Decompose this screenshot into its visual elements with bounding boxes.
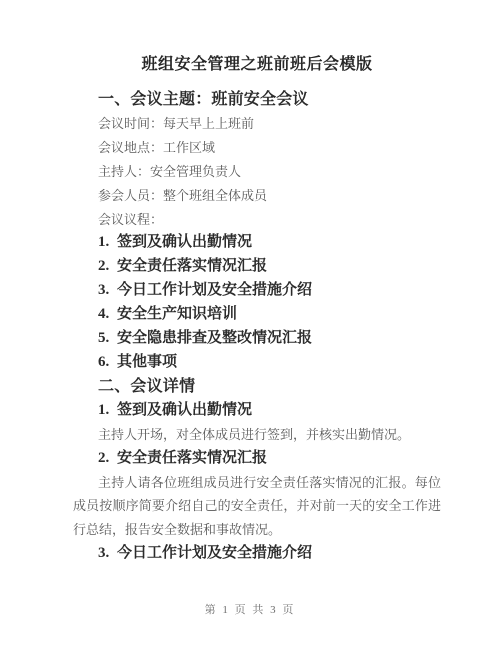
meta-line-host: 主持人：安全管理负责人 xyxy=(73,160,441,184)
meta-line-time: 会议时间：每天早上上班前 xyxy=(73,112,441,136)
agenda-item-label: 今日工作计划及安全措施介绍 xyxy=(117,282,312,298)
detail-item-label: 安全责任落实情况汇报 xyxy=(117,450,267,466)
agenda-item: 3.今日工作计划及安全措施介绍 xyxy=(73,279,441,303)
detail-item-label: 签到及确认出勤情况 xyxy=(117,402,252,418)
section-2-heading: 二、会议详情 xyxy=(73,375,441,399)
agenda-item-label: 安全责任落实情况汇报 xyxy=(117,258,267,274)
agenda-item-label: 其他事项 xyxy=(117,354,177,370)
agenda-item-label: 安全隐患排查及整改情况汇报 xyxy=(117,330,312,346)
detail-item-number: 3. xyxy=(98,542,117,566)
detail-item-label: 今日工作计划及安全措施介绍 xyxy=(117,545,312,561)
detail-paragraph: 主持人开场，对全体成员进行签到，并核实出勤情况。 xyxy=(73,423,441,447)
document-content: 班组安全管理之班前班后会模版 一、会议主题：班前安全会议 会议时间：每天早上上班… xyxy=(73,52,441,566)
agenda-item: 1.签到及确认出勤情况 xyxy=(73,231,441,255)
agenda-item-label: 签到及确认出勤情况 xyxy=(117,234,252,250)
detail-item-number: 2. xyxy=(98,447,117,471)
document-title: 班组安全管理之班前班后会模版 xyxy=(73,52,441,78)
agenda-item-number: 1. xyxy=(98,231,117,255)
agenda-item: 6.其他事项 xyxy=(73,351,441,375)
section-1-heading: 一、会议主题：班前安全会议 xyxy=(73,88,441,112)
meta-line-attendees: 参会人员：整个班组全体成员 xyxy=(73,184,441,208)
detail-item-number: 1. xyxy=(98,399,117,423)
meta-line-agenda-label: 会议议程： xyxy=(73,208,441,232)
page-footer: 第 1 页 共 3 页 xyxy=(0,602,500,618)
agenda-item-number: 4. xyxy=(98,303,117,327)
agenda-item-number: 3. xyxy=(98,279,117,303)
meta-line-place: 会议地点：工作区域 xyxy=(73,136,441,160)
agenda-item: 2.安全责任落实情况汇报 xyxy=(73,255,441,279)
agenda-item: 5.安全隐患排查及整改情况汇报 xyxy=(73,327,441,351)
agenda-item-label: 安全生产知识培训 xyxy=(117,306,237,322)
detail-item-title: 3.今日工作计划及安全措施介绍 xyxy=(73,542,441,566)
document-page: 班组安全管理之班前班后会模版 一、会议主题：班前安全会议 会议时间：每天早上上班… xyxy=(0,0,500,647)
agenda-item: 4.安全生产知识培训 xyxy=(73,303,441,327)
detail-item-title: 1.签到及确认出勤情况 xyxy=(73,399,441,423)
detail-paragraph: 主持人请各位班组成员进行安全责任落实情况的汇报。每位成员按顺序简要介绍自己的安全… xyxy=(73,471,441,543)
agenda-item-number: 5. xyxy=(98,327,117,351)
detail-item-title: 2.安全责任落实情况汇报 xyxy=(73,447,441,471)
agenda-item-number: 6. xyxy=(98,351,117,375)
agenda-item-number: 2. xyxy=(98,255,117,279)
